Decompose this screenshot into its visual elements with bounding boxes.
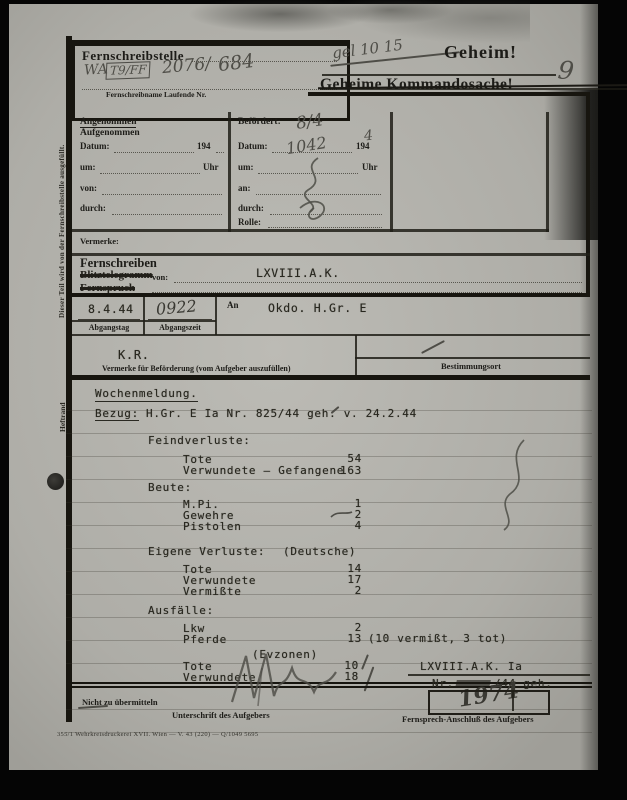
field-rolle-label: Rolle: [238,217,261,227]
recipient-typed: Okdo. H.Gr. E [268,301,367,315]
stat-label: Pistolen [183,520,242,533]
field-um-label: um: [80,162,96,172]
heavy-line-right-vertical [586,92,590,296]
handwritten-number-2: 684 [217,50,256,76]
blitztelegramm-option-struck: Blitztelegramm [80,269,153,281]
pencil-squiggle-margin [492,438,532,532]
stat-value: 163 [318,464,362,477]
field-datum-label: Datum: [80,141,110,151]
leader-line [114,151,194,153]
section-heading: Ausfälle: [148,604,214,617]
abgangstag-value: 8.4.44 [88,302,134,316]
leader-line [100,172,200,174]
handwritten-number-1: 2076/ [161,54,212,78]
fernsprech-label: Fernsprech-Anschluß des Aufgebers [402,714,534,724]
abgangszeit-label: Abgangszeit [146,323,214,332]
fernsprech-box [428,690,550,715]
leader-line [174,281,582,283]
signature-nr-prefix: Nr. [432,677,454,690]
section-heading: Eigene Verluste: [148,545,265,558]
stat-value: 4 [318,519,362,532]
left-margin-vertical-text: Dieser Teil wird von der Fernschreibstel… [58,36,66,318]
leader-line [216,151,224,153]
stat-value: 13 [318,632,362,645]
unterschrift-label: Unterschrift des Aufgebers [172,710,270,720]
heavy-separator-body [66,375,590,380]
bezug-label: Bezug: [95,407,139,421]
punch-hole [47,473,64,490]
sender-unit-typed: LXVIII.A.K. [256,266,340,280]
bezug-text: H.Gr. E Ia Nr. 825/44 geh. v. 24.2.44 [146,407,417,420]
leader-line [112,213,222,215]
fernsprech-box-divider [512,690,514,711]
field-von-label: von: [80,183,97,193]
section-heading: Feindverluste: [148,434,251,447]
boxes-row-bottom-border [72,229,549,232]
bestimmungsort-divider [355,357,590,359]
angenommen-label: Angenommen [80,117,136,128]
von-label: von: [152,272,168,282]
handwritten-scribble [292,156,340,222]
uhr-label: Uhr [362,162,378,172]
stat-label: Vermißte [183,585,242,598]
befoerdert-label: Befördert: [238,117,281,127]
field-um-label: um: [238,162,254,172]
handwritten-station-boxed: T9/FF [105,61,150,80]
leader-line [102,193,222,195]
dispatch-bottom-border [72,334,590,336]
fernschreibname-caption: Fernschreibname Laufende Nr. [106,90,206,99]
year-194: 194 [197,141,211,151]
leader-line [192,60,337,62]
leader-line [268,226,382,228]
field-durch-label: durch: [238,203,264,213]
befoerderung-vermerke-label: Vermerke für Beförderung (vom Aufgeber a… [102,364,291,373]
handwritten-margin-digit: 9 [557,55,576,86]
box-divider-3 [546,112,549,232]
scanned-telegram-photo: { "stamps": { "hand_gel": "gel 10 15", "… [0,0,627,800]
stat-note: (10 vermißt, 3 tot) [368,632,507,645]
vermerke-label: Vermerke: [80,236,119,246]
handwritten-date: 8/4 [295,110,325,134]
stat-value: 2 [318,584,362,597]
print-footer-line: 355/1 Wehrkreisdruckerei XVII. Wien — V.… [57,731,258,738]
box-divider-1 [228,112,231,232]
message-title: Wochenmeldung. [95,387,198,402]
abgangstag-label: Abgangstag [76,323,142,332]
heavy-line-top-right [308,92,590,96]
geheim-stamp: Geheim! [444,42,517,63]
section-note: (Deutsche) [283,545,356,558]
handwritten-signature [222,648,346,710]
cell-divider [215,297,217,335]
signature-unit-typed: LXVIII.A.K. Ia [420,660,523,673]
aufgenommen-label: Aufgenommen [80,128,140,138]
bestimmungsort-label: Bestimmungsort [356,361,586,371]
handwritten-abgangszeit: 0922 [155,296,197,318]
field-durch-label: durch: [80,203,106,213]
unit-underline [408,674,590,676]
handwritten-station-prefix: WA [84,61,109,78]
field-an-label: an: [238,183,251,193]
an-label: An [227,300,239,310]
uhr-label: Uhr [203,162,219,172]
handwritten-year-digit: 4 [363,128,374,145]
field-datum-label: Datum: [238,141,268,151]
stat-label: Pferde [183,633,227,646]
section-heading: Beute: [148,481,192,494]
box-divider-2 [390,112,393,232]
kr-typed: K.R. [118,348,150,362]
cell-divider [143,297,145,335]
